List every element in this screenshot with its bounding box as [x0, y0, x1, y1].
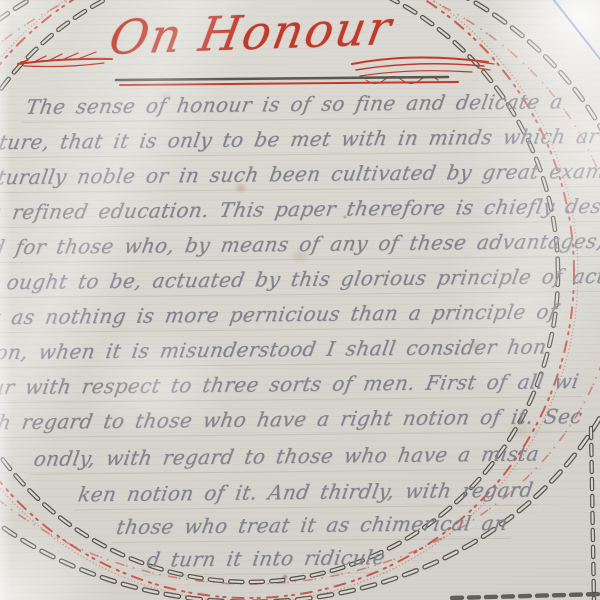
- manuscript-line: ion, when it is misunderstood I shall co…: [0, 334, 555, 368]
- manuscript-line: r ought to be, actuated by this glorious…: [0, 263, 600, 298]
- manuscript-line: a refined education. This paper therefor…: [0, 194, 600, 229]
- manuscript-line: t as nothing is more pernicious than a p…: [0, 299, 565, 333]
- manuscript-line: ken notion of it. And thirdly, with rega…: [74, 477, 541, 510]
- manuscript-line: th regard to those who have a right noti…: [0, 404, 590, 438]
- manuscript-photo: On Honour The sense of honour is of so f…: [0, 0, 600, 600]
- manuscript-line: ature, that it is only to be met with in…: [0, 124, 600, 159]
- manuscript-line: d turn it into ridicule: [142, 545, 393, 576]
- manuscript-line: those who treat it as chimerical an: [112, 511, 515, 543]
- manuscript-line: aturally noble or in such been cultivate…: [0, 158, 600, 193]
- manuscript-line: The sense of honour is of so fine and de…: [22, 89, 571, 123]
- manuscript-line: ondly, with regard to those who have a m…: [29, 441, 547, 474]
- manuscript-body: The sense of honour is of so fine and de…: [0, 0, 600, 600]
- manuscript-line: ur with respect to three sorts of men. F…: [0, 369, 587, 403]
- manuscript-line: d for those who, by means of any of thes…: [0, 229, 600, 264]
